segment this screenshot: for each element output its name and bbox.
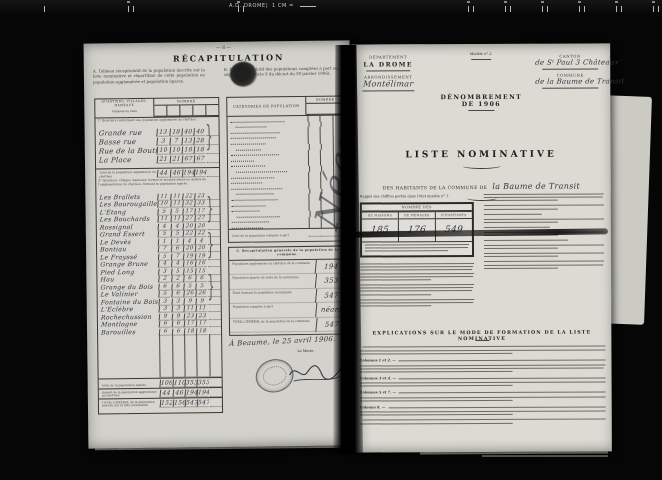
hamlet-row: Montlogne 6 6 17 17 (98, 319, 221, 328)
category-label-line (231, 139, 266, 144)
text-line (360, 382, 606, 384)
col-header-quartiers: QUARTIERS, VILLAGES, HAMEAUX (96, 100, 152, 108)
hamlet-row: Hau 2 2 6 6 (97, 274, 220, 283)
column-label (154, 106, 166, 116)
hamlet-name: Bontiau (97, 246, 159, 254)
text-line (360, 290, 472, 291)
cell-menages: 6 (171, 328, 184, 335)
paragraph-lines (360, 396, 606, 401)
cell-menages: 11 (170, 200, 183, 207)
text-line (360, 279, 431, 280)
hamlet-name: Pied Long (97, 268, 159, 276)
body-paragraph (360, 299, 474, 307)
hamlet-name: Les Bouchards (96, 216, 158, 224)
total-observations (207, 176, 219, 177)
total-menages: 46 (170, 169, 183, 177)
rappel-caption: Rappel des chiffres portés dans l'état m… (360, 194, 474, 199)
recap-title: RÉCAPITULATION (84, 51, 350, 64)
place-date: À Beaume, le 25 avril 1906. (229, 334, 346, 348)
text-line (360, 364, 606, 366)
cell-maisons: 5 (159, 291, 172, 298)
ruler-tick (238, 6, 239, 12)
hamlet-name: Le Frayssé (97, 253, 159, 261)
hamlet-name: Grand Essert (97, 231, 159, 239)
text-line (484, 226, 550, 227)
center-header-block: Modèle n° 2. DÉNOMBREMENT DE 1906 (435, 52, 527, 113)
cell-maisons: 9 (159, 313, 172, 320)
scale-dash (300, 6, 316, 7)
text-line (484, 244, 604, 246)
ruler-tick (542, 6, 543, 12)
cell-menages: 6 (171, 290, 184, 297)
cell-pop-totale: 67 (194, 155, 207, 163)
paragraph-lines (359, 350, 605, 355)
cell-maisons: 5 (158, 253, 171, 260)
rappel-column: Rappel des chiffres portés dans l'état m… (360, 194, 475, 310)
category-label-line (231, 156, 254, 161)
ruler-tick (510, 6, 511, 12)
text-line (484, 253, 604, 255)
intro-paragraph-a: A. Tableau récapitulatif de la populatio… (93, 67, 205, 85)
cell-menages: 7 (169, 137, 182, 145)
cell-maisons: 1 (158, 238, 171, 245)
explanation-paragraph (360, 419, 606, 425)
scale-text: 1 CM = (272, 3, 294, 9)
paragraph-lines (360, 364, 606, 372)
column-label (192, 105, 205, 115)
scale-label: | (266, 3, 268, 9)
brace-mark: } (205, 120, 212, 154)
brace-mark: } (206, 192, 213, 226)
text-line (359, 350, 605, 352)
street-row: Grande rue 13 18 40 40 (96, 127, 219, 138)
cell-maisons: 3 (159, 306, 172, 313)
grand-total-label: Report de la population agglomérée au ch… (99, 391, 161, 398)
ruler-tick-label (578, 1, 581, 3)
arrondissement-value: Montélimar (357, 79, 420, 88)
ruler-tick (133, 6, 134, 12)
page-stack-edge (482, 455, 608, 457)
ruler-tick-label (467, 1, 470, 3)
paragraph-lead: Colonnes 3 et 4. — (360, 376, 396, 380)
text-line (360, 385, 513, 387)
category-label-line (236, 190, 273, 195)
cell-observations (208, 266, 220, 267)
cell-menages: 10 (169, 146, 182, 154)
cell-maisons: 10 (157, 147, 170, 155)
text-line (360, 287, 473, 288)
rappel-col-value: 185 (361, 219, 399, 241)
cell-pop-totale: 18 (196, 328, 209, 335)
ruler-tick (473, 6, 474, 12)
body-paragraph (484, 205, 604, 210)
paragraph-lines (360, 423, 606, 425)
text-line (484, 267, 558, 268)
recap-row-label: Population éparse (le reste de la commun… (229, 274, 315, 289)
text-line (484, 240, 568, 241)
cell-menages: 18 (169, 128, 182, 136)
text-line (360, 371, 513, 373)
cell-menages: 1 (170, 238, 183, 245)
grand-total-row: Total de la population éparse 108 110 35… (99, 376, 222, 388)
explanation-paragraph: Colonne 8. — (360, 404, 606, 415)
hamlet-name: Rochechussion (98, 313, 160, 321)
paragraph-lead: Colonne 8. — (360, 405, 386, 409)
hamlet-name: L'Étang (96, 208, 158, 216)
ruler-tick (616, 6, 617, 12)
street-row: Basse rue 3 7 13 28 (96, 136, 219, 147)
ruler-tick (621, 6, 622, 12)
body-paragraph (360, 284, 474, 295)
rappel-col-header: DE MAISONS (362, 212, 398, 219)
hamlet-name: L'Éclèbre (97, 306, 159, 314)
signature-block: À Beaume, le 25 avril 1906. Le Maire, (229, 336, 347, 441)
explanation-paragraph: Colonnes 1 et 2. — (359, 358, 605, 373)
column-label (166, 105, 179, 115)
cell-maisons: 4 (158, 261, 171, 268)
recap-row: Population comptée à part néant (230, 302, 347, 318)
paragraph-lead: Colonnes 5 et 7. — (360, 391, 396, 395)
text-line (360, 284, 474, 285)
category-label-line (232, 223, 263, 228)
hamlet-name: Grange du Bois (97, 283, 159, 291)
text-line (484, 256, 558, 257)
text-line (360, 263, 474, 264)
total-maisons: 44 (157, 170, 170, 178)
text-line (360, 400, 513, 402)
text-line (484, 193, 604, 195)
cell-maisons: 5 (158, 231, 171, 238)
text-line (484, 213, 542, 214)
liste-nominative-page: DÉPARTEMENT LA DROME ARRONDISSEMENT Mont… (351, 43, 612, 452)
cell-menages: 4 (170, 223, 183, 230)
cell-pop-totale: 11 (196, 305, 209, 312)
cell-maisons: 5 (158, 208, 171, 215)
maire-label: Le Maire, (297, 349, 314, 354)
cell-maisons: 13 (157, 129, 170, 137)
cell-pop-totale: 23 (196, 313, 209, 320)
cell-pop-totale: 547 (197, 399, 210, 407)
scanned-census-register: A.D. DROME | 1 CM = — 8 — RÉCAPITULATION… (0, 0, 662, 480)
cell-menages: 5 (170, 230, 183, 237)
hamlet-row: Les Bourougailles 10 11 32 33 (96, 199, 219, 208)
categories-total-label: Total de la population comptée à part (229, 233, 309, 237)
category-label-line (232, 207, 260, 212)
text-line (360, 299, 474, 300)
text-line (399, 360, 606, 362)
cell-menages: 46 (172, 389, 185, 397)
hamlet-name: Barouilles (98, 328, 160, 336)
text-line (484, 208, 558, 209)
category-label-line (231, 179, 262, 184)
cell-maisons: 6 (159, 283, 172, 290)
explanation-paragraph (359, 345, 605, 354)
street-name: Grande rue (95, 129, 157, 138)
column-label (205, 105, 218, 115)
canton-commune-block: CANTON de Sᵗ Paul 3 Châteaux COMMUNE de … (535, 53, 605, 90)
text-line (388, 406, 605, 408)
cell-maisons: 11 (158, 193, 171, 200)
text-line (362, 345, 605, 347)
cell-menages: 6 (170, 245, 183, 252)
commune-value: de la Baume de Transit (535, 77, 606, 85)
ruler-tick-label (127, 1, 130, 3)
text-line (360, 305, 431, 306)
brace-mark: } (207, 270, 214, 304)
text-line (399, 377, 606, 379)
grand-total-row: TOTAL GÉNÉRAL de la population inscrite … (99, 396, 222, 408)
text-line (360, 367, 604, 369)
explanation-paragraph: Colonnes 3 et 4. — (360, 375, 606, 386)
ruler-tick-label (504, 1, 507, 3)
recap-generale: C. Récapitulation générale de la populat… (228, 245, 348, 335)
cell-menages: 2 (171, 275, 184, 282)
cell-menages: 21 (169, 155, 182, 163)
section2-label: 2° Quartiers, villages, hameaux, fermes … (96, 177, 219, 194)
text-line (484, 248, 558, 249)
recap-row-label: Total formant la population municipale (230, 288, 316, 303)
body-paragraph (484, 213, 604, 215)
cell-maisons: 152 (160, 399, 173, 407)
cell-observations (209, 318, 221, 319)
canton-value: de Sᵗ Paul 3 Châteaux (535, 58, 606, 66)
body-paragraph (484, 239, 604, 241)
cell-menages: 6 (171, 320, 184, 327)
hamlet-name: Le Valinier (97, 291, 159, 299)
ruler-tick (584, 6, 585, 12)
hamlet-row: Bontiau 7 6 20 20 (97, 244, 220, 253)
text-line (365, 247, 468, 248)
text-line (360, 410, 606, 412)
text-line (484, 197, 603, 199)
ruler-tick (547, 6, 548, 12)
text-line (360, 423, 513, 425)
archive-stamp (230, 62, 257, 87)
recap-row-label: TOTAL GÉNÉRAL de la population de la com… (230, 317, 316, 332)
text-line (365, 244, 469, 245)
empty-grid-rows (98, 334, 222, 377)
text-line (360, 414, 513, 416)
explanations-rule (352, 337, 611, 343)
text-line (360, 396, 606, 398)
recapitulation-page: — 8 — RÉCAPITULATION A. Tableau récapitu… (84, 40, 355, 448)
cell-observations (209, 385, 221, 386)
paragraph-lead: Colonnes 1 et 2. — (359, 359, 395, 363)
body-paragraph (484, 261, 604, 269)
hamlet-name: Les Bourougailles (96, 201, 158, 209)
cell-observations (208, 303, 220, 304)
street-name: Rue de la Boutique (95, 147, 157, 156)
category-label-line (232, 218, 269, 223)
cell-menages: 156 (172, 399, 185, 407)
cell-maisons: 44 (160, 389, 173, 397)
body-paragraph (484, 226, 604, 228)
street-row: La Place 21 21 67 67 (96, 154, 219, 165)
paragraph-lines (360, 410, 606, 415)
hamlet-name: Hau (97, 276, 159, 284)
ruler-tick (243, 6, 244, 12)
ruler-tick (505, 6, 506, 12)
ruler-tick-label (615, 1, 618, 3)
table-categories-header: CATÉGORIES DE POPULATION NOMBRE (227, 96, 344, 116)
text-line (360, 302, 473, 303)
cell-observations (207, 162, 219, 163)
cell-observations (209, 311, 221, 312)
category-label-line (236, 123, 267, 128)
street-name: Basse rue (95, 138, 157, 147)
departement-value: LA DROME (357, 61, 419, 68)
departement-label: DÉPARTEMENT (357, 54, 419, 59)
categories-total-row: Total de la population comptée à part (229, 227, 346, 237)
hamlet-row: L'Éclèbre 3 3 11 11 (98, 304, 221, 313)
total-agglomeree-row: Total de la population agglomérée au che… (96, 167, 219, 179)
cell-menages: 3 (171, 305, 184, 312)
hamlet-row: Le Valinier 5 6 26 26 (98, 289, 221, 298)
cell-menages: 5 (171, 268, 184, 275)
rappel-col-header: D'HABITANTS (436, 212, 472, 219)
hamlet-row: Les Bouchards 11 11 27 27 (97, 214, 220, 223)
cell-maisons: 10 (158, 201, 171, 208)
text-line (360, 270, 472, 271)
cell-menages: 5 (170, 208, 183, 215)
ruler-tick (44, 6, 45, 12)
hamlet-name: Montlogne (98, 321, 160, 329)
table-quartiers-header: QUARTIERS, VILLAGES, HAMEAUX maisons ou … (95, 98, 218, 119)
grand-total-row: Report de la population agglomérée au ch… (99, 386, 222, 398)
text-line (360, 266, 473, 267)
text-line (360, 273, 474, 274)
body-paragraph (484, 193, 604, 201)
cell-menages: 110 (172, 379, 185, 387)
cell-maisons: 3 (158, 268, 171, 275)
census-title: DÉNOMBREMENT DE 1906 (435, 93, 527, 107)
cell-maisons: 3 (157, 138, 170, 146)
ruler-tick (128, 6, 129, 12)
recap-row: Total formant la population municipale 5… (230, 288, 347, 304)
category-label-line (231, 162, 265, 167)
cell-maisons: 6 (159, 328, 172, 335)
ruler-tick-label (652, 1, 655, 3)
explanation-paragraph: Colonnes 5 et 7. — (360, 390, 606, 401)
text-line (365, 250, 448, 251)
paragraph-lines (360, 382, 606, 387)
text-line (363, 419, 606, 421)
brace-mark: } (207, 228, 214, 262)
hamlet-name: Rossignol (96, 223, 158, 231)
cell-pop-totale: 194 (197, 389, 210, 397)
street-row: Rue de la Boutique 10 10 18 18 (96, 145, 219, 156)
cell-pop-totale: 17 (196, 320, 209, 327)
cell-menages: 3 (171, 298, 184, 305)
subtitle-text: DES HABITANTS DE LA COMMUNE DE (382, 186, 487, 191)
cell-maisons: 2 (159, 276, 172, 283)
text-line (360, 276, 473, 277)
category-label-line (236, 145, 261, 150)
cell-observations (210, 405, 222, 406)
recap-row: Population éparse (le reste de la commun… (229, 273, 346, 289)
text-line (484, 264, 603, 266)
recap-row-label: Population agglomérée au chef-lieu de la… (229, 259, 315, 274)
cell-maisons: 21 (157, 156, 170, 164)
total-pop-totale: 194 (194, 169, 207, 177)
body-paragraph (484, 218, 604, 223)
list-title: LISTE NOMINATIVE (352, 149, 611, 160)
ruler-tick (653, 6, 654, 12)
cell-maisons: 3 (159, 298, 172, 305)
category-label-line (231, 201, 265, 206)
cell-menages: 9 (171, 313, 184, 320)
cell-maisons: 108 (160, 379, 173, 387)
commune-handwritten: la Baume de Transit (492, 182, 580, 191)
table-quartiers: QUARTIERS, VILLAGES, HAMEAUX maisons ou … (94, 97, 223, 415)
hamlet-row: Grand Essert 5 5 22 22 (97, 229, 220, 238)
ruler-tick (468, 6, 469, 12)
ruler-tick-label (541, 1, 544, 3)
cell-maisons: 7 (158, 246, 171, 253)
hamlet-name: Fontaine du Bois (97, 298, 159, 306)
col-subheader: maisons ou rues (96, 109, 152, 113)
hamlet-name: Le Devès (97, 238, 159, 246)
text-line (484, 218, 604, 220)
ruler: A.D. DROME | 1 CM = (0, 0, 662, 13)
hamlet-name: Les Brallets (96, 193, 158, 201)
body-paragraph (484, 253, 604, 258)
cell-observations (210, 395, 222, 396)
cell-pop-totale: 353 (197, 379, 210, 387)
recap-row-label: Population comptée à part (230, 303, 316, 318)
street-name: La Place (96, 156, 158, 165)
recap-row: TOTAL GÉNÉRAL de la population de la com… (230, 317, 347, 333)
hamlet-name: Grange Brune (97, 261, 159, 269)
text-line (484, 205, 604, 207)
text-line (484, 221, 558, 222)
text-line (484, 261, 604, 263)
ruler-tick (658, 6, 659, 12)
categories-title: CATÉGORIES DE POPULATION (233, 104, 300, 109)
departement-block: DÉPARTEMENT LA DROME ARRONDISSEMENT Mont… (357, 54, 419, 93)
modele-label: Modèle n° 2. (435, 52, 527, 57)
archive-label: A.D. DROME (229, 3, 266, 9)
cell-menages: 11 (170, 193, 183, 200)
cell-maisons: 11 (158, 216, 171, 223)
hamlet-row: Grange Brune 4 4 16 16 (97, 259, 220, 268)
grand-total-label: TOTAL GÉNÉRAL de la population inscrite … (99, 401, 161, 408)
flourish (352, 162, 611, 169)
text-line (360, 294, 431, 295)
hamlet-row: Barouilles 6 6 18 18 (98, 327, 221, 336)
rappel-col-header: DE MÉNAGES (399, 212, 435, 219)
text-line (399, 392, 606, 394)
text-line (359, 353, 512, 355)
cell-menages: 11 (170, 215, 183, 222)
recap-row: Population agglomérée au chef-lieu de la… (229, 259, 346, 275)
body-paragraph (484, 244, 604, 249)
cell-menages: 4 (171, 260, 184, 267)
ruler-tick (579, 6, 580, 12)
column-label (179, 105, 192, 115)
cell-maisons: 4 (158, 223, 171, 230)
cell-observations (209, 326, 221, 327)
cell-menages: 7 (171, 253, 184, 260)
text-line (484, 200, 558, 201)
cell-maisons: 6 (159, 321, 172, 328)
rappel-footnote (362, 241, 472, 256)
ruler-tick-label (237, 1, 240, 3)
body-paragraph (360, 263, 474, 280)
cell-menages: 6 (171, 283, 184, 290)
